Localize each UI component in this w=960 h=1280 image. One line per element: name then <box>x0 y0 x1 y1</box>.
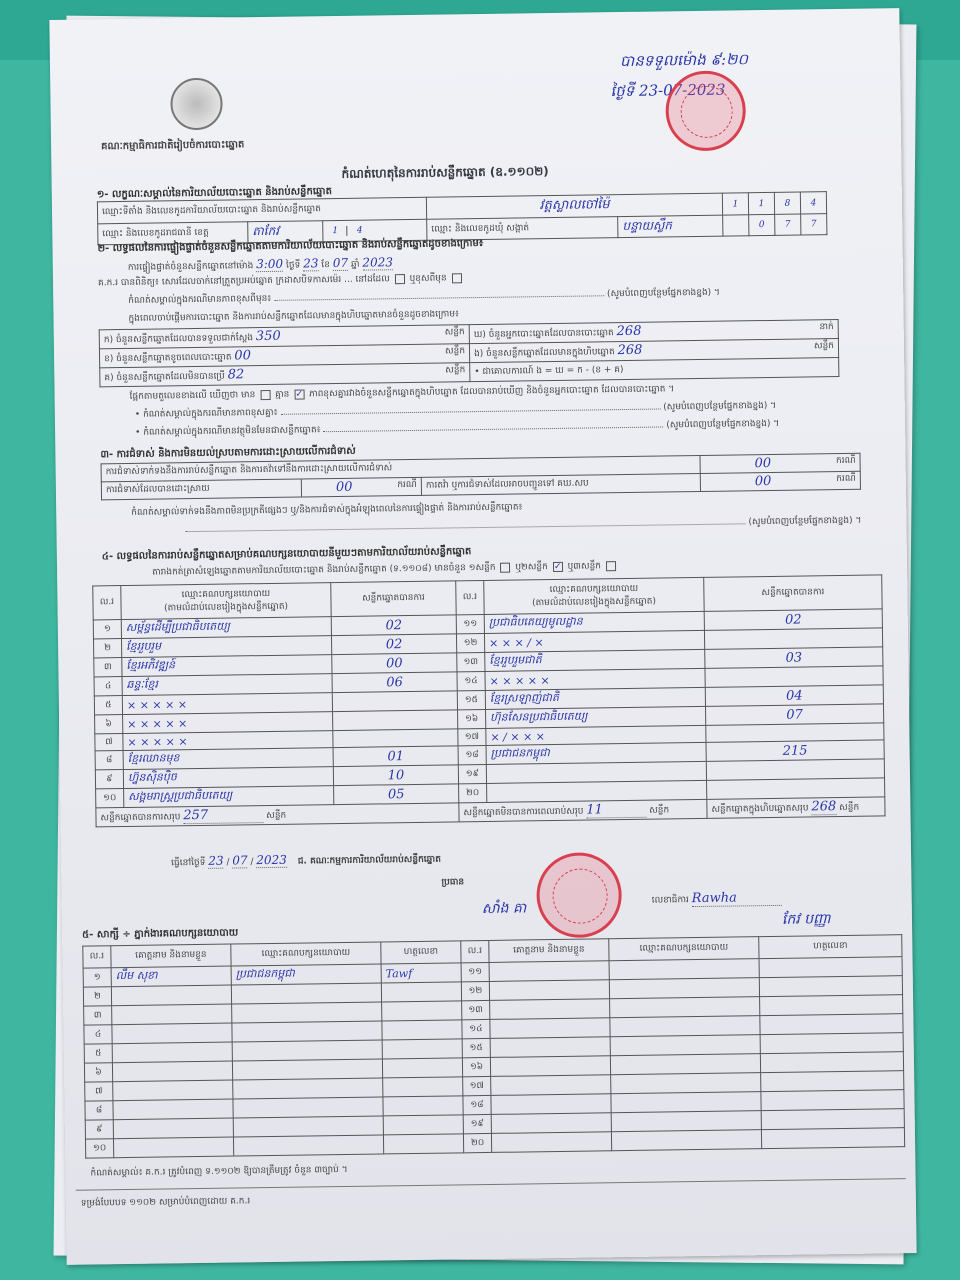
row-number: ៤ <box>94 677 122 696</box>
ballot-intro: ក្នុងពេលចាប់ផ្តើមការបោះឆ្នោត និងការរាប់ស… <box>128 308 459 326</box>
row-number: ១៧ <box>458 728 486 745</box>
witness-signature <box>760 1052 903 1073</box>
valid-total: 257 <box>183 807 263 824</box>
witness-party <box>611 1111 761 1132</box>
witness-party <box>610 1016 760 1037</box>
row-number: ៩ <box>95 770 123 789</box>
appeal-label: ការតវ៉ា ឬការជំទាស់ដែលអាចបញ្ជូនទៅ គឃ.សប <box>421 473 700 495</box>
row-number: ១៨ <box>458 745 486 764</box>
party-votes <box>332 691 457 712</box>
witness-signature <box>761 1071 904 1092</box>
row-number: ៧ <box>85 1082 113 1101</box>
form-reference: ទម្រង់បែបបទ ១១០២ សម្រាប់បំពេញដោយ គ.ក.រ <box>81 1195 250 1210</box>
commune-code-1: 0 <box>749 214 775 235</box>
row-number: ១៧ <box>463 1076 491 1095</box>
row-number: ១៩ <box>463 1114 491 1133</box>
row-number: ២ <box>93 639 121 658</box>
witness-table: ល.រ គោត្តនាម និងនាមខ្លួន ឈ្មោះគណបក្សនយោប… <box>82 934 905 1158</box>
row-number: ៦ <box>84 1063 112 1082</box>
verification-year: 2023 <box>362 255 393 270</box>
party-votes: 00 <box>332 653 457 674</box>
witness-name <box>113 1099 233 1120</box>
row-number: ១២ <box>456 633 484 652</box>
witness-name <box>113 1080 233 1101</box>
location-code-1: 1 <box>722 193 748 215</box>
row-number: ១៥ <box>457 690 485 709</box>
location-code-2: 1 <box>748 192 774 214</box>
location-code-4: 4 <box>800 192 826 214</box>
verification-month: 07 <box>333 256 348 271</box>
voters-voted: 268 <box>616 324 641 339</box>
chair-label: ប្រធាន <box>441 876 464 889</box>
discrepancy-line: ផ្អែកតាមតួលេខខាងលើ ឃើញថា មាន គ្មាន ✓ ភាព… <box>130 383 675 404</box>
organization-name: គណៈកម្មាធិការជាតិរៀបចំការបោះឆ្នោត <box>101 137 244 154</box>
witness-party <box>610 997 760 1018</box>
witness-party <box>232 1021 382 1042</box>
row-number: ១២ <box>461 981 489 1000</box>
section4-heading: ៤- លទ្ធផលនៃការរាប់សន្លឹកឆ្នោតសម្រាប់គណបក… <box>102 544 472 564</box>
receipt-note: បានទទួលម៉ោង ៩:២០ <box>620 50 748 74</box>
witness-name <box>113 1137 233 1158</box>
official-stamp-bottom <box>536 852 622 938</box>
row-number: ៤ <box>84 1025 112 1044</box>
party-votes: 02 <box>331 634 456 655</box>
location-code-3: 8 <box>774 192 800 214</box>
party-votes: 05 <box>334 784 459 805</box>
witness-party <box>233 1097 383 1118</box>
form-title: កំណត់ហេតុនៃការរាប់សន្លឹកឆ្នោត (ឧ.១១០២) <box>341 163 548 184</box>
witness-party <box>609 959 759 980</box>
section5-heading: ៥- សាក្សី ÷ ភ្នាក់ងារគណបក្សនយោបាយ <box>82 925 238 942</box>
witness-party <box>611 1130 761 1151</box>
party-votes: 10 <box>333 765 458 786</box>
witness-name <box>490 1056 610 1077</box>
row-number: ១០ <box>96 789 124 808</box>
witness-party: ប្រជាជនកម្ពុជា <box>231 964 381 985</box>
row-number: ៦ <box>95 715 123 734</box>
row-number: ៥ <box>84 1044 112 1063</box>
three-sheets-checkbox[interactable] <box>606 561 616 571</box>
witness-party <box>609 978 759 999</box>
witness-name <box>112 1004 232 1025</box>
row-number: ៥ <box>94 696 122 715</box>
verification-day: 23 <box>303 256 318 271</box>
party-votes: 01 <box>333 746 458 767</box>
party-votes: 07 <box>705 704 883 725</box>
tally-sheet-line: តារាងកត់ត្រាសំឡេងឆ្នោតតាមការិយាល័យបោះឆ្ន… <box>152 560 618 580</box>
party-results-table: ល.រ ឈ្មោះគណបក្សនយោបាយ(តាមលំដាប់លេខរៀងក្ន… <box>92 574 885 827</box>
party-votes <box>704 628 882 649</box>
row-number: ១១ <box>461 962 489 981</box>
witness-party <box>231 983 381 1004</box>
witness-signature <box>381 982 461 1002</box>
secretary-signature: Rawha <box>692 890 782 907</box>
row-number: ១៦ <box>458 709 486 728</box>
witness-signature <box>382 1001 462 1021</box>
ballots-received: 350 <box>256 329 281 344</box>
done-month: 07 <box>232 853 247 868</box>
witness-name <box>491 1075 611 1096</box>
party-votes <box>705 666 883 687</box>
invalid-total: 11 <box>586 802 646 819</box>
party-votes <box>333 729 458 748</box>
row-number: ៧ <box>95 734 123 751</box>
witness-party <box>232 1002 382 1023</box>
witness-signature <box>382 1039 462 1059</box>
row-number: ៩ <box>85 1120 113 1139</box>
election-form-page: គណៈកម្មាធិការជាតិរៀបចំការបោះឆ្នោត បានទទួ… <box>49 8 916 1265</box>
row-number: ១១ <box>456 614 484 633</box>
party-votes <box>706 759 884 780</box>
witness-signature <box>383 1115 463 1135</box>
witness-name <box>491 1094 611 1115</box>
party-votes: 215 <box>706 740 884 761</box>
witness-name <box>111 985 231 1006</box>
witness-signature <box>383 1096 463 1116</box>
row-number: ១០ <box>85 1139 113 1158</box>
row-number: ១៣ <box>457 652 485 671</box>
national-emblem-icon <box>170 78 223 131</box>
chair-signature: សាំង គា <box>482 898 527 920</box>
row-number: ១៩ <box>458 764 486 783</box>
done-year: 2023 <box>256 853 287 868</box>
objection-count: 00 <box>755 456 772 471</box>
row-number: ២០ <box>463 1133 491 1152</box>
witness-party <box>610 1035 760 1056</box>
witness-party <box>233 1078 383 1099</box>
row-number: ២ <box>83 987 111 1006</box>
witness-name <box>112 1061 232 1082</box>
witness-signature: Tawf <box>381 963 461 983</box>
change-note-line: កំណត់សម្គាល់ក្នុងករណីមានភាពខុសពីមុន៖ (សូ… <box>128 285 828 308</box>
verification-time: 3:00 <box>256 257 283 272</box>
witness-name <box>112 1023 232 1044</box>
row-number: ៨ <box>95 751 123 770</box>
commune-code-3: 7 <box>801 214 827 235</box>
witness-signature <box>761 1109 904 1130</box>
party-votes <box>707 778 885 799</box>
appeal-count: 00 <box>755 474 772 489</box>
witness-name <box>490 999 610 1020</box>
row-number: ១៨ <box>463 1095 491 1114</box>
witness-signature <box>760 1014 903 1035</box>
witness-party <box>233 1135 383 1156</box>
witness-signature <box>760 1033 903 1054</box>
row-number: ៣ <box>84 1006 112 1025</box>
row-number: ១៦ <box>462 1057 490 1076</box>
witness-party <box>611 1073 761 1094</box>
witness-signature <box>759 957 902 978</box>
secretary-line: លេខាធិការ Rawha <box>652 890 782 908</box>
footer-divider <box>76 1178 906 1191</box>
party-votes <box>333 710 458 731</box>
footer-note: កំណត់សម្គាល់៖ គ.ក.រ ត្រូវបំពេញ ទ.១១០២ ឱ្… <box>90 1164 347 1181</box>
ballots-in-box: 268 <box>617 343 642 358</box>
witness-signature <box>382 1020 462 1040</box>
witness-party <box>611 1092 761 1113</box>
resolved-count: 00 <box>336 480 353 495</box>
party-votes: 02 <box>331 615 456 636</box>
party-votes: 06 <box>332 672 457 693</box>
intact-checkbox[interactable] <box>395 274 405 284</box>
committee-label: ជ. គណៈកម្មការការិយាល័យរាប់សន្លឹកឆ្នោត <box>298 855 441 867</box>
witness-party <box>233 1116 383 1137</box>
witness-party <box>610 1054 760 1075</box>
witness-signature <box>383 1077 463 1097</box>
witness-name <box>491 1132 611 1153</box>
row-number: ១ <box>83 968 111 987</box>
witness-name <box>490 1018 610 1039</box>
witness-signature <box>382 1058 462 1078</box>
ballot-count-table: ក) ចំនួនសន្លឹកឆ្នោតដែលបានទទួលជាក់ស្តែង 3… <box>99 319 840 387</box>
witness-party <box>232 1040 382 1061</box>
one-sheet-checkbox[interactable] <box>500 562 510 572</box>
ballots-unused: 82 <box>228 367 245 382</box>
witness-name <box>491 1113 611 1134</box>
row-number: ១៥ <box>462 1038 490 1057</box>
row-number: ៣ <box>94 658 122 677</box>
witness-name <box>112 1042 232 1063</box>
witness-name: លឹម សុខា <box>111 966 231 987</box>
witness-name <box>489 980 609 1001</box>
two-sheets-checkbox[interactable]: ✓ <box>553 561 563 571</box>
secretary-name: កែវ បញ្ញា <box>782 909 831 931</box>
witness-signature <box>761 1090 904 1111</box>
party-votes: 04 <box>705 685 883 706</box>
ballots-spoiled: 00 <box>234 348 251 363</box>
row-number: ១៤ <box>457 671 485 690</box>
resolved-label: ការជំទាស់ដែលបានដោះស្រាយ <box>101 479 301 500</box>
discrepancy-yes-checkbox[interactable] <box>260 389 270 399</box>
witness-signature <box>383 1134 463 1154</box>
row-number: ៨ <box>85 1101 113 1120</box>
witness-party <box>232 1059 382 1080</box>
box-total: 268 <box>811 799 836 815</box>
province-code-2: 4 <box>348 226 372 236</box>
witness-signature <box>761 1128 904 1149</box>
done-day: 23 <box>208 854 223 869</box>
row-number: ១៣ <box>462 1000 490 1019</box>
province-code-1: 1 <box>324 226 348 236</box>
row-number: ១៤ <box>462 1019 490 1038</box>
altered-checkbox[interactable] <box>451 273 461 283</box>
discrepancy-no-checkbox[interactable]: ✓ <box>294 389 304 399</box>
verification-time-line: ការផ្ទៀងផ្ទាត់ចំនួនសន្លឹកឆ្នោតនៅម៉ោង 3:0… <box>128 255 393 275</box>
row-number: ១ <box>93 620 121 639</box>
seal-check-line: គ.ក.រ បានពិនិត្យ៖ សោរ​ដែលចាក់នៅត្រួតប្រអ… <box>98 272 464 290</box>
commune-code-2: 7 <box>775 214 801 235</box>
party-votes: 02 <box>704 609 882 630</box>
party-votes: 03 <box>705 647 883 668</box>
foreign-object-note: • កំណត់សម្គាល់ក្នុងករណីមានវត្ថុមិនមែនជាស… <box>135 417 835 440</box>
commune-value: បន្ទាយស្លឹក <box>618 215 723 237</box>
witness-signature <box>759 976 902 997</box>
row-number: ២០ <box>459 783 487 802</box>
official-stamp-top <box>665 70 746 151</box>
witness-signature <box>760 995 903 1016</box>
witness-name <box>490 1037 610 1058</box>
witness-name <box>113 1118 233 1139</box>
formula-note: • ជាគោលការណ៍ ង = ឃ = ក - (ខ + គ) <box>470 358 839 382</box>
witness-name <box>489 961 609 982</box>
done-at-line: ធ្វើនៅថ្ងៃទី 23 / 07 / 2023 ជ. គណៈកម្មកា… <box>171 851 441 871</box>
